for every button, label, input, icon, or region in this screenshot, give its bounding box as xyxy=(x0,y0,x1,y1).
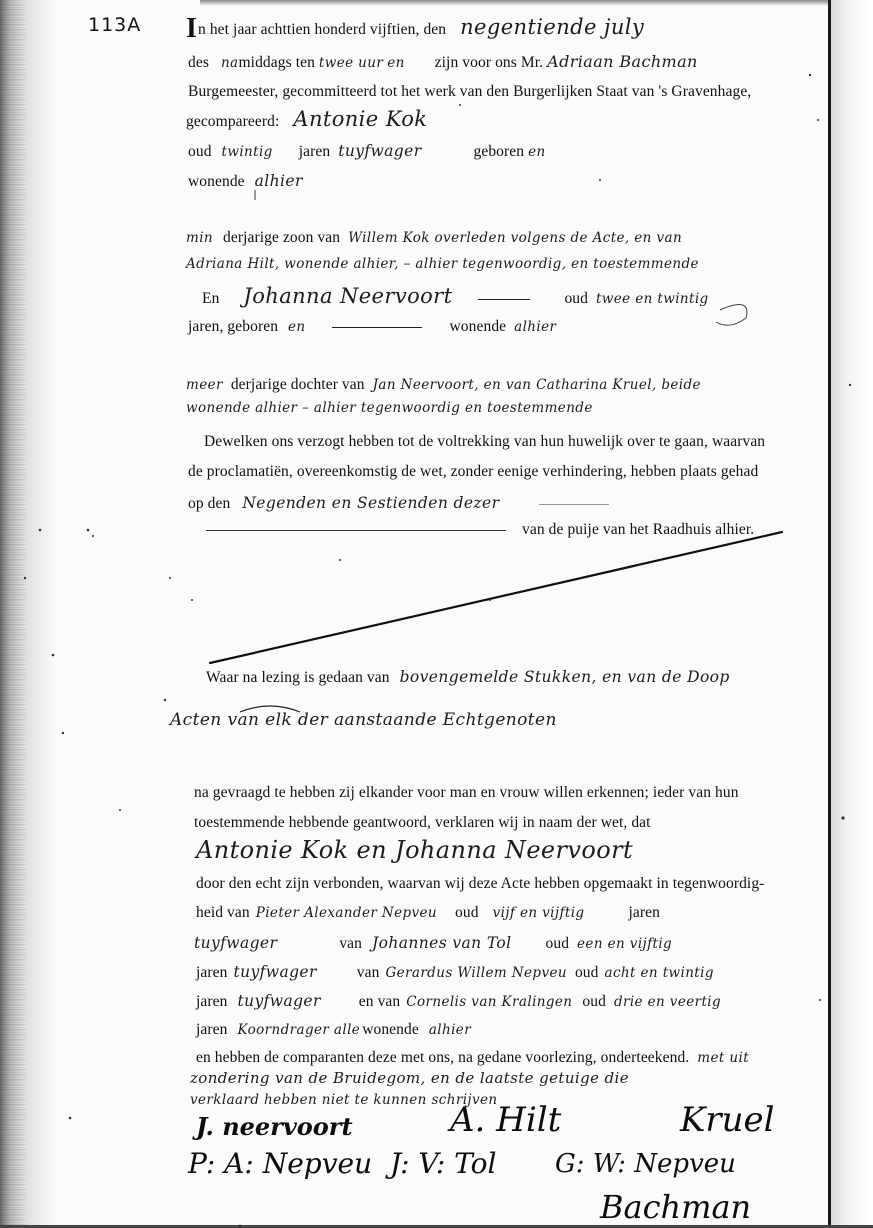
handwritten-age: een en vijftig xyxy=(577,936,672,952)
handwritten-groom-mother: Adriana Hilt, wonende alhier, – alhier t… xyxy=(186,256,699,272)
record-line-28: en hebben de comparanten deze met ons, n… xyxy=(196,1048,749,1068)
record-line-21: Antonie Kok en Johanna Neervoort xyxy=(196,840,633,864)
printed-text: derjarige dochter van xyxy=(231,376,365,393)
printed-text: Dewelken ons verzogt hebben tot de voltr… xyxy=(204,433,765,450)
handwritten-witness-1: Pieter Alexander Nepveu xyxy=(256,905,437,921)
scan-top-edge xyxy=(200,0,830,6)
printed-text: n het jaar achttien honderd vijftien, de… xyxy=(198,21,446,38)
record-line-12: wonende alhier – alhier tegenwoordig en … xyxy=(186,398,593,418)
signature-bride: J. neervoort xyxy=(196,1112,353,1141)
record-line-3: Burgemeester, gecommitteerd tot het werk… xyxy=(188,82,751,102)
flourish xyxy=(716,305,747,326)
handwritten-text: na xyxy=(221,55,239,71)
printed-text: des xyxy=(188,54,209,71)
fill-line xyxy=(539,504,609,505)
printed-text: jaren xyxy=(628,904,659,921)
record-line-25: jaren tuyfwager van Gerardus Willem Nepv… xyxy=(196,962,714,983)
printed-text: geboren xyxy=(474,143,525,160)
record-line-6: wonende alhier xyxy=(188,171,303,192)
printed-text: en van xyxy=(359,993,400,1010)
handwritten-text: en xyxy=(288,319,305,335)
printed-text: oud xyxy=(546,935,570,952)
handwritten-official-name: Adriaan Bachman xyxy=(547,52,698,71)
handwritten-text: zondering van de Bruidegom, en de laatst… xyxy=(190,1069,629,1087)
printed-text: door den echt zijn verbonden, waarvan wi… xyxy=(196,875,764,892)
handwritten-bride-parents: Jan Neervoort, en van Catharina Kruel, b… xyxy=(373,377,701,393)
record-line-2: des namiddags ten twee uur en zijn voor … xyxy=(188,52,698,73)
printed-text: oud xyxy=(188,143,212,160)
printed-text: zijn voor ons Mr. xyxy=(435,54,543,71)
record-line-15: op den Negenden en Sestienden dezer xyxy=(188,493,609,514)
record-line-23: heid van Pieter Alexander Nepveu oud vij… xyxy=(196,903,660,923)
record-line-17: Waar na lezing is gedaan van bovengemeld… xyxy=(206,667,730,688)
handwritten-occupation: tuyfwager xyxy=(338,142,421,160)
handwritten-text: wonende alhier – alhier tegenwoordig en … xyxy=(186,400,593,416)
printed-text: oud xyxy=(582,993,606,1010)
record-line-16: van de puije van het Raadhuis alhier. xyxy=(206,520,754,540)
printed-text: jaren xyxy=(196,964,227,981)
handwritten-text: en xyxy=(528,144,545,160)
handwritten-witness-2: Johannes van Tol xyxy=(372,934,512,952)
printed-text: op den xyxy=(188,495,230,512)
handwritten-age: drie en veertig xyxy=(614,994,721,1010)
scan-right-margin xyxy=(831,0,873,1228)
scanned-document-page: 113A In het jaar achttien honderd vijfti… xyxy=(0,0,873,1228)
record-line-5: oud twintig jaren tuyfwager geboren en xyxy=(188,141,546,162)
handwritten-residence: alhier xyxy=(429,1022,471,1038)
handwritten-age: twintig xyxy=(222,144,273,160)
printed-text: toestemmende hebbende geantwoord, verkla… xyxy=(194,814,651,831)
handwritten-groom-name: Antonie Kok xyxy=(293,107,427,131)
record-line-14: de proclamatiën, overeenkomstig de wet, … xyxy=(188,462,758,482)
record-line-24: tuyfwager van Johannes van Tol oud een e… xyxy=(194,933,672,954)
printed-text: jaren xyxy=(196,1021,227,1038)
printed-text: wonende xyxy=(450,318,507,335)
handwritten-date: negentiende july xyxy=(460,15,644,39)
handwritten-text: min xyxy=(186,230,213,246)
record-line-27: jaren Koorndrager allewonende alhier xyxy=(196,1020,471,1040)
printed-text: en hebben de comparanten deze met ons, n… xyxy=(196,1049,689,1066)
printed-text: na gevraagd te hebben zij elkander voor … xyxy=(194,784,739,801)
printed-text: Burgemeester, gecommitteerd tot het werk… xyxy=(188,83,751,100)
printed-text: jaren xyxy=(196,993,227,1010)
printed-text: oud xyxy=(575,964,599,981)
signature-witness-3: G: W: Nepveu xyxy=(555,1149,736,1179)
handwritten-age: acht en twintig xyxy=(605,965,714,981)
printed-text: derjarige zoon van xyxy=(223,229,340,246)
cancellation-line xyxy=(210,532,782,663)
record-line-26: jaren tuyfwager en van Cornelis van Kral… xyxy=(196,991,721,1012)
signature-groom-mother: A. Hilt xyxy=(450,1100,561,1140)
handwritten-occupation: tuyfwager xyxy=(233,963,316,981)
handwritten-age: vijf en vijftig xyxy=(493,905,585,921)
signature-witness-2: J: V: Tol xyxy=(390,1147,496,1180)
printed-text: jaren xyxy=(299,143,330,160)
handwritten-text: Acten van elk der aanstaande Echtgenoten xyxy=(170,710,557,730)
handwritten-text: en xyxy=(387,55,404,71)
printed-text: gecompareerd: xyxy=(186,113,279,130)
printed-text: wonende xyxy=(188,173,245,190)
handwritten-occupation: tuyfwager xyxy=(237,992,320,1010)
record-line-7: min derjarige zoon van Willem Kok overle… xyxy=(186,228,682,248)
folio-number: 113A xyxy=(88,14,141,36)
record-line-20: toestemmende hebbende geantwoord, verkla… xyxy=(194,813,651,833)
scan-left-shadow xyxy=(26,0,56,1228)
handwritten-witness-3: Gerardus Willem Nepveu xyxy=(385,965,567,981)
handwritten-occupation: Koorndrager alle xyxy=(237,1022,360,1038)
printed-text: En xyxy=(202,290,219,307)
signature-mayor: Bachman xyxy=(600,1188,751,1226)
handwritten-text: met uit xyxy=(697,1050,749,1066)
printed-text: oud xyxy=(564,290,588,307)
handwritten-residence: alhier xyxy=(255,172,303,190)
fill-line xyxy=(478,299,530,300)
printed-text: Waar na lezing is gedaan van xyxy=(206,669,390,686)
handwritten-bride-name: Johanna Neervoort xyxy=(243,284,452,308)
printed-text: van de puije van het Raadhuis alhier. xyxy=(522,521,754,538)
record-line-29: zondering van de Bruidegom, en de laatst… xyxy=(190,1068,629,1089)
printed-text: oud xyxy=(455,904,479,921)
printed-text: van xyxy=(339,935,362,952)
handwritten-proclamation-dates: Negenden en Sestienden dezer xyxy=(242,494,499,512)
record-line-1: In het jaar achttien honderd vijftien, d… xyxy=(186,17,644,40)
page-right-border xyxy=(828,0,831,1228)
pen-strokes xyxy=(0,0,873,1228)
record-line-8: Adriana Hilt, wonende alhier, – alhier t… xyxy=(186,254,699,274)
record-line-22: door den echt zijn verbonden, waarvan wi… xyxy=(196,874,764,894)
printed-text: middags ten xyxy=(239,54,315,71)
handwritten-age: twee en twintig xyxy=(596,291,709,307)
record-line-4: gecompareerd: Antonie Kok xyxy=(186,109,427,132)
signature-witness-1: P: A: Nepveu xyxy=(188,1147,372,1180)
handwritten-groom-parents: Willem Kok overleden volgens de Acte, en… xyxy=(348,230,682,246)
printed-text: jaren, geboren xyxy=(188,318,278,335)
printed-text: van xyxy=(357,964,380,981)
handwritten-occupation: tuyfwager xyxy=(194,934,277,952)
printed-text: heid van xyxy=(196,904,250,921)
fill-line xyxy=(332,327,422,328)
record-line-18: Acten van elk der aanstaande Echtgenoten xyxy=(170,710,557,731)
record-line-10: jaren, geboren en wonende alhier xyxy=(188,317,556,337)
handwritten-text: meer xyxy=(186,377,223,393)
signature-bride-mother: Kruel xyxy=(680,1100,775,1140)
handwritten-time: twee uur xyxy=(319,55,383,71)
printed-text: de proclamatiën, overeenkomstig de wet, … xyxy=(188,463,758,480)
record-line-19: na gevraagd te hebben zij elkander voor … xyxy=(194,783,739,803)
record-line-13: Dewelken ons verzogt hebben tot de voltr… xyxy=(204,432,765,452)
scan-left-edge xyxy=(0,0,26,1228)
record-line-11: meer derjarige dochter van Jan Neervoort… xyxy=(186,375,701,395)
handwritten-couple-names: Antonie Kok en Johanna Neervoort xyxy=(196,836,633,864)
drop-cap: I xyxy=(186,13,197,44)
fill-line xyxy=(206,530,506,531)
printed-text: wonende xyxy=(362,1021,419,1038)
handwritten-residence: alhier xyxy=(514,319,556,335)
handwritten-documents-read: bovengemelde Stukken, en van de Doop xyxy=(400,668,730,686)
record-line-9: En Johanna Neervoort oud twee en twintig xyxy=(202,286,709,309)
handwritten-witness-4: Cornelis van Kralingen xyxy=(406,994,572,1010)
